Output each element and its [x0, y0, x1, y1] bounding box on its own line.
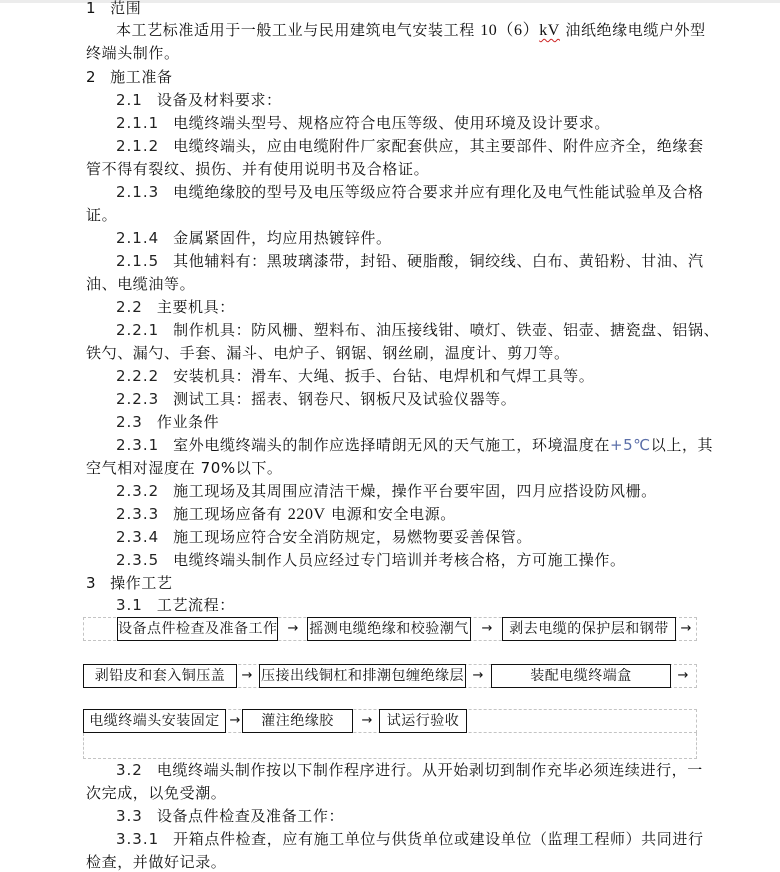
flow-step-4: 剥铅皮和套入铜压盖	[83, 664, 237, 688]
section-number: 1	[86, 0, 96, 17]
item-number: 2.3.2	[116, 481, 159, 501]
item-number: 3.3.1	[116, 829, 159, 849]
flowchart-empty-row	[83, 733, 697, 759]
voltage-text: 10（6）	[480, 22, 539, 39]
spellcheck-flagged-word: kV	[539, 22, 560, 39]
item-text: 以上，其	[651, 436, 713, 454]
item-number: 2.2.2	[116, 366, 159, 386]
item-text: 工艺流程：	[157, 596, 235, 614]
heading-section-3: 3操作工艺	[86, 573, 173, 593]
flow-step-3: 剥去电缆的保护层和钢带	[502, 617, 676, 641]
section-title: 范围	[110, 0, 141, 17]
item-2-3-2: 2.3.2施工现场及其周围应清洁干燥，操作平台要牢固，四月应搭设防风栅。	[116, 481, 657, 501]
item-text: 主要机具：	[157, 298, 235, 316]
item-number: 3.2	[116, 760, 143, 780]
arrow-right-icon: →	[480, 618, 494, 640]
temperature-value: +5℃	[610, 436, 651, 454]
item-text: 室外电缆终端头的制作应选择晴朗无风的天气施工，环境温度在	[173, 436, 610, 454]
item-2-1-5: 2.1.5其他辅料有：黑玻璃漆带，封铅、硬脂酸，铜绞线、白布、黄铅粉、甘油、汽	[116, 251, 704, 271]
item-2-3-1: 2.3.1室外电缆终端头的制作应选择晴朗无风的天气施工，环境温度在+5℃以上，其	[116, 435, 713, 455]
text: 以下。	[236, 459, 283, 477]
flow-step-1: 设备点件检查及准备工作	[117, 617, 278, 641]
item-text: 电缆终端头制作人员应经过专门培训并考核合格，方可施工操作。	[173, 551, 625, 569]
text: 油纸绝缘电缆户外型	[565, 21, 705, 39]
flow-step-5: 压接出线铜杠和排潮包缠绝缘层	[259, 664, 466, 688]
heading-section-2: 2施工准备	[86, 67, 173, 87]
item-2-2-1: 2.2.1制作机具：防风栅、塑料布、油压接线钳、喷灯、铁壶、铝壶、搪瓷盘、铝锅、	[116, 320, 719, 340]
item-number: 3.3	[116, 806, 143, 826]
item-2-3-5: 2.3.5电缆终端头制作人员应经过专门培训并考核合格，方可施工操作。	[116, 550, 626, 570]
item-3-3: 3.3设备点件检查及准备工作：	[116, 806, 344, 826]
item-text: 测试工具：摇表、钢卷尺、钢板尺及试验仪器等。	[173, 390, 516, 408]
item-3-2-cont: 次完成，以免受潮。	[86, 783, 226, 803]
item-number: 2.1	[116, 90, 143, 110]
item-text: 电缆终端头型号、规格应符合电压等级、使用环境及设计要求。	[173, 114, 610, 132]
item-3-2: 3.2电缆终端头制作按以下制作程序进行。从开始剥切到制作充毕必须连续进行，一	[116, 760, 703, 780]
item-number: 2.3.3	[116, 504, 159, 524]
item-2-1-3-cont: 证。	[86, 205, 117, 225]
section-number: 3	[86, 574, 96, 592]
section-title: 施工准备	[110, 68, 172, 86]
item-text: 电缆绝缘胶的型号及电压等级应符合要求并应有理化及电气性能试验单及合格	[173, 183, 703, 201]
text: 空气相对湿度在	[86, 459, 195, 477]
heading-section-1: 1范围	[86, 0, 141, 18]
voltage-value: 220V	[288, 506, 326, 523]
item-2-2-2: 2.2.2安装机具：滑车、大绳、扳手、台钻、电焊机和气焊工具等。	[116, 366, 594, 386]
item-text: 电源和安全电源。	[331, 505, 456, 523]
arrow-right-icon: →	[228, 710, 242, 732]
item-2-3: 2.3作业条件	[116, 412, 219, 432]
item-2-1-2: 2.1.2电缆终端头，应由电缆附件厂家配套供应，其主要部件、附件应齐全，绝缘套	[116, 136, 704, 156]
flow-step-9: 试运行验收	[379, 709, 467, 733]
item-text: 制作机具：防风栅、塑料布、油压接线钳、喷灯、铁壶、铝壶、搪瓷盘、铝锅、	[173, 321, 719, 339]
item-2-2: 2.2主要机具：	[116, 297, 235, 317]
item-2-3-3: 2.3.3施工现场应备有 220V 电源和安全电源。	[116, 504, 456, 524]
item-text: 施工现场及其周围应清洁干燥，操作平台要牢固，四月应搭设防风栅。	[173, 482, 657, 500]
item-number: 2.2.3	[116, 389, 159, 409]
item-text: 设备及材料要求：	[157, 91, 282, 109]
item-3-3-1: 3.3.1开箱点件检查，应有施工单位与供货单位或建设单位（监理工程师）共同进行	[116, 829, 704, 849]
item-number: 2.3.5	[116, 550, 159, 570]
item-text: 设备点件检查及准备工作：	[157, 807, 344, 825]
item-number: 3.1	[116, 595, 143, 615]
item-2-1: 2.1设备及材料要求：	[116, 90, 282, 110]
paragraph-scope-line1: 本工艺标准适用于一般工业与民用建筑电气安装工程 10（6）kV 油纸绝缘电缆户外…	[116, 20, 706, 40]
arrow-right-icon: →	[360, 710, 374, 732]
item-2-1-1: 2.1.1电缆终端头型号、规格应符合电压等级、使用环境及设计要求。	[116, 113, 610, 133]
item-text: 施工现场应符合安全消防规定，易燃物要妥善保管。	[173, 528, 532, 546]
item-3-3-1-cont: 检查，并做好记录。	[86, 852, 226, 872]
humidity-value: 70%	[201, 459, 236, 477]
item-number: 2.3	[116, 412, 143, 432]
section-title: 操作工艺	[110, 574, 172, 592]
item-number: 2.3.1	[116, 435, 159, 455]
arrow-right-icon: →	[676, 665, 690, 687]
text: 本工艺标准适用于一般工业与民用建筑电气安装工程	[116, 21, 475, 39]
item-number: 2.3.4	[116, 527, 159, 547]
arrow-right-icon: →	[471, 665, 485, 687]
item-number: 2.2	[116, 297, 143, 317]
item-2-1-5-cont: 油、电缆油等。	[86, 274, 195, 294]
item-text: 金属紧固件，均应用热镀锌件。	[173, 229, 391, 247]
item-number: 2.1.2	[116, 136, 159, 156]
item-2-1-3: 2.1.3电缆绝缘胶的型号及电压等级应符合要求并应有理化及电气性能试验单及合格	[116, 182, 704, 202]
paragraph-scope-line2: 终端头制作。	[86, 43, 180, 63]
item-2-2-1-cont: 铁勺、漏勺、手套、漏斗、电炉子、钢锯、钢丝刷，温度计、剪刀等。	[86, 343, 570, 363]
section-number: 2	[86, 68, 96, 86]
item-2-1-4: 2.1.4金属紧固件，均应用热镀锌件。	[116, 228, 392, 248]
flow-step-6: 装配电缆终端盒	[491, 664, 671, 688]
item-number: 2.1.4	[116, 228, 159, 248]
item-3-1: 3.1工艺流程：	[116, 595, 235, 615]
arrow-right-icon: →	[240, 665, 254, 687]
item-text: 安装机具：滑车、大绳、扳手、台钻、电焊机和气焊工具等。	[173, 367, 594, 385]
item-text: 其他辅料有：黑玻璃漆带，封铅、硬脂酸，铜绞线、白布、黄铅粉、甘油、汽	[173, 252, 703, 270]
item-number: 2.1.3	[116, 182, 159, 202]
flow-step-8: 灌注绝缘胶	[242, 709, 353, 733]
item-number: 2.2.1	[116, 320, 159, 340]
arrow-right-icon: →	[286, 618, 300, 640]
item-number: 2.1.5	[116, 251, 159, 271]
item-text: 作业条件	[157, 413, 219, 431]
flow-step-2: 摇测电缆绝缘和校验潮气	[307, 617, 471, 641]
item-2-2-3: 2.2.3测试工具：摇表、钢卷尺、钢板尺及试验仪器等。	[116, 389, 516, 409]
arrow-right-icon: →	[679, 618, 693, 640]
item-2-1-2-cont: 管不得有裂纹、损伤、并有使用说明书及合格证。	[86, 159, 429, 179]
item-text: 施工现场应备有	[173, 505, 282, 523]
item-number: 2.1.1	[116, 113, 159, 133]
item-text: 电缆终端头制作按以下制作程序进行。从开始剥切到制作充毕必须连续进行，一	[157, 761, 703, 779]
item-text: 开箱点件检查，应有施工单位与供货单位或建设单位（监理工程师）共同进行	[173, 830, 703, 848]
flow-step-7: 电缆终端头安装固定	[83, 709, 226, 733]
item-2-3-1-cont: 空气相对湿度在 70%以下。	[86, 458, 283, 478]
item-2-3-4: 2.3.4施工现场应符合安全消防规定，易燃物要妥善保管。	[116, 527, 532, 547]
item-text: 电缆终端头，应由电缆附件厂家配套供应，其主要部件、附件应齐全，绝缘套	[173, 137, 703, 155]
